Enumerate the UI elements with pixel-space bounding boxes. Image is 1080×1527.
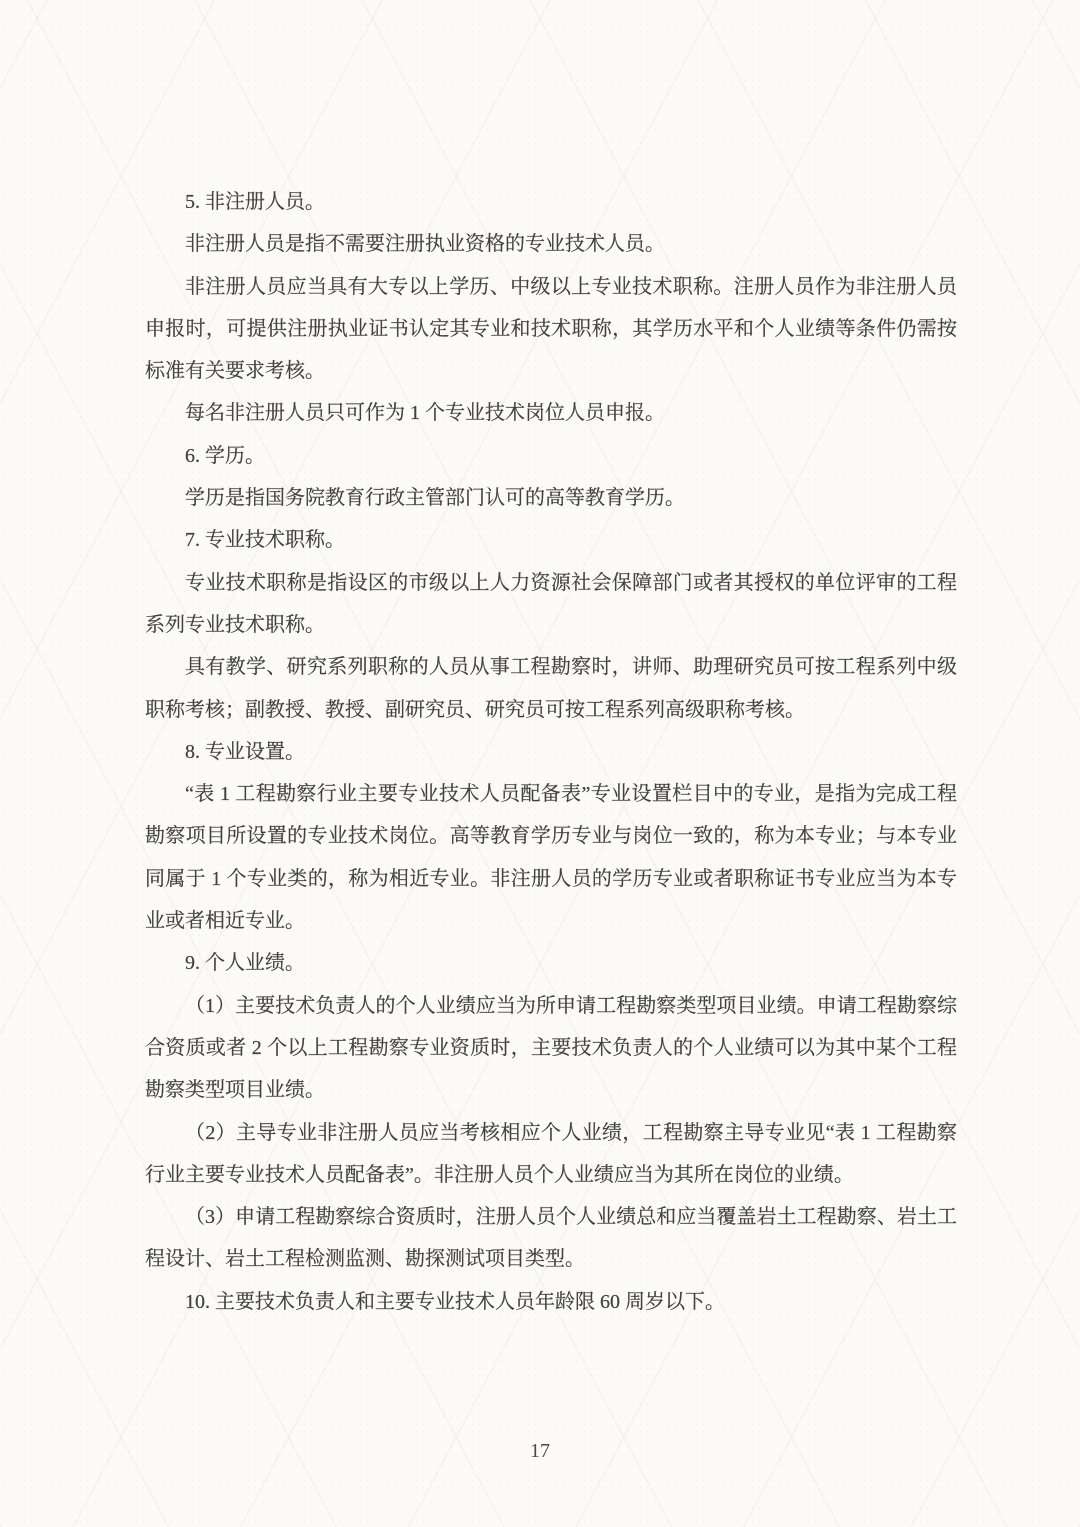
section-heading: 6. 学历。 [145,435,957,477]
page-number: 17 [0,1440,1080,1463]
paragraph: 10. 主要技术负责人和主要专业技术人员年龄限 60 周岁以下。 [145,1281,957,1323]
paragraph: 非注册人员应当具有大专以上学历、中级以上专业技术职称。注册人员作为非注册人员申报… [145,266,957,393]
document-page: 5. 非注册人员。 非注册人员是指不需要注册执业资格的专业技术人员。 非注册人员… [0,0,1080,1527]
paragraph: 学历是指国务院教育行政主管部门认可的高等教育学历。 [145,477,957,519]
section-heading: 5. 非注册人员。 [145,181,957,223]
paragraph: 非注册人员是指不需要注册执业资格的专业技术人员。 [145,223,957,265]
paragraph: 具有教学、研究系列职称的人员从事工程勘察时，讲师、助理研究员可按工程系列中级职称… [145,646,957,731]
paragraph: （1）主要技术负责人的个人业绩应当为所申请工程勘察类型项目业绩。申请工程勘察综合… [145,985,957,1112]
paragraph: （3）申请工程勘察综合资质时，注册人员个人业绩总和应当覆盖岩土工程勘察、岩土工程… [145,1196,957,1281]
paragraph: （2）主导专业非注册人员应当考核相应个人业绩，工程勘察主导专业见“表 1 工程勘… [145,1112,957,1197]
paragraph: 每名非注册人员只可作为 1 个专业技术岗位人员申报。 [145,392,957,434]
paragraph: 专业技术职称是指设区的市级以上人力资源社会保障部门或者其授权的单位评审的工程系列… [145,562,957,647]
paragraph: “表 1 工程勘察行业主要专业技术人员配备表”专业设置栏目中的专业，是指为完成工… [145,773,957,942]
document-body: 5. 非注册人员。 非注册人员是指不需要注册执业资格的专业技术人员。 非注册人员… [145,181,957,1323]
section-heading: 7. 专业技术职称。 [145,519,957,561]
section-heading: 8. 专业设置。 [145,731,957,773]
section-heading: 9. 个人业绩。 [145,942,957,984]
